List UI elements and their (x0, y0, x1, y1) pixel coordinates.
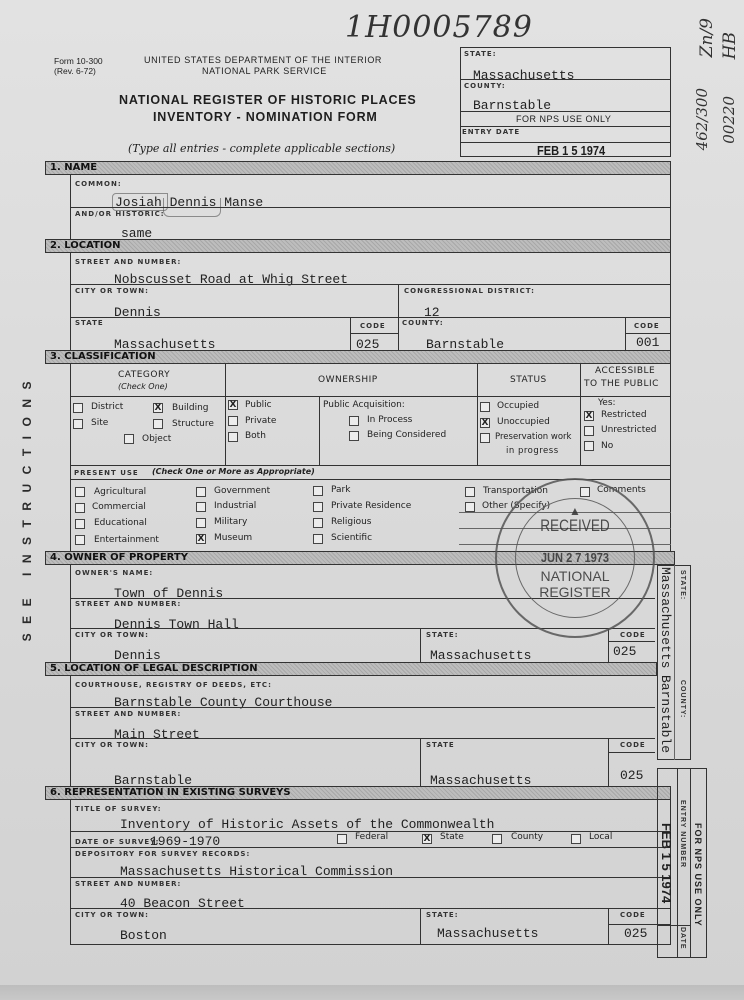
checkbox-state[interactable]: X (422, 834, 432, 844)
survey-city-label: CITY OR TOWN: (75, 911, 149, 919)
checkbox-both[interactable] (228, 432, 238, 442)
checkbox-government[interactable] (196, 487, 206, 497)
checkbox-restricted[interactable]: X (584, 411, 594, 421)
margin-note-1: HB (720, 32, 740, 59)
margin-note-3: 462/300 (693, 88, 711, 150)
present-use-sublabel: (Check One or More as Appropriate) (152, 467, 315, 476)
handwritten-circle-mark (112, 193, 168, 211)
nps-state-value: Massachusetts (473, 68, 574, 83)
stamp-received: RECEIVED (513, 516, 638, 536)
nps-county-label: COUNTY: (464, 82, 506, 90)
category-header: CATEGORY (118, 370, 170, 380)
label-religious: Religious (331, 517, 372, 527)
legal-code-label: CODE (620, 741, 646, 749)
label-unoccupied: Unoccupied (497, 417, 550, 427)
checkbox-transportation[interactable] (465, 487, 475, 497)
checkbox-county[interactable] (492, 834, 502, 844)
label-educational: Educational (94, 518, 147, 528)
owner-state-value: Massachusetts (430, 648, 531, 663)
sidebar-state-value: Massachusetts (658, 567, 673, 668)
section-6-header: 6. REPRESENTATION IN EXISTING SURVEYS (45, 786, 671, 800)
sidebar-state-label: STATE: (679, 570, 686, 600)
label-entertainment: Entertainment (94, 535, 159, 545)
label-district: District (91, 402, 123, 412)
margin-note-2: Zn/9 (697, 18, 717, 57)
owner-state-label: STATE: (426, 631, 459, 639)
location-state-label: STATE (75, 319, 104, 327)
checkbox-site[interactable] (73, 419, 83, 429)
form-title-line-1: NATIONAL REGISTER OF HISTORIC PLACES (119, 93, 417, 107)
owner-street-value: Dennis Town Hall (114, 617, 239, 632)
sidebar-entry-number-label: ENTRY NUMBER (679, 800, 686, 868)
legal-city-label: CITY OR TOWN: (75, 741, 149, 749)
label-government: Government (214, 486, 270, 496)
label-scientific: Scientific (331, 533, 372, 543)
survey-date-label: DATE OF SURVEY: (75, 838, 159, 846)
checkbox-park[interactable] (313, 486, 323, 496)
nps-entry-date-stamp: FEB 1 5 1974 (537, 143, 605, 158)
checkbox-federal[interactable] (337, 834, 347, 844)
checkbox-building[interactable]: X (153, 403, 163, 413)
sidebar-nps-use-label: FOR NPS USE ONLY (693, 823, 703, 927)
ownership-header: OWNERSHIP (318, 375, 378, 385)
accessible-yes-label: Yes: (598, 398, 616, 408)
sidebar-county-label: COUNTY: (679, 680, 686, 718)
accessible-header-2: TO THE PUBLIC (584, 379, 659, 389)
accessible-header-1: ACCESSIBLE (595, 366, 655, 376)
legal-code-value: 025 (620, 768, 643, 783)
see-instructions-sidebar: SEE INSTRUCTIONS (20, 372, 34, 641)
label-both: Both (245, 431, 266, 441)
stamp-date: JUN 2 7 1973 (509, 550, 642, 565)
status-header: STATUS (510, 375, 547, 385)
form-number: Form 10-300 (54, 56, 103, 66)
agency-line-1: UNITED STATES DEPARTMENT OF THE INTERIOR (144, 55, 382, 65)
survey-state-value: Massachusetts (437, 926, 538, 941)
location-county-code-label: CODE (634, 322, 660, 330)
label-federal: Federal (355, 832, 388, 842)
sidebar-county-value: Barnstable (658, 675, 673, 753)
handwritten-record-id: 1H0005789 (345, 10, 533, 45)
label-restricted: Restricted (601, 410, 647, 420)
label-public: Public (245, 400, 272, 410)
survey-title-label: TITLE OF SURVEY: (75, 805, 162, 813)
congressional-district-label: CONGRESSIONAL DISTRICT: (404, 287, 535, 295)
label-private: Private (245, 416, 276, 426)
label-no: No (601, 441, 613, 451)
checkbox-entertainment[interactable] (75, 535, 85, 545)
checkbox-private-residence[interactable] (313, 502, 323, 512)
label-commercial: Commercial (92, 502, 146, 512)
checkbox-local[interactable] (571, 834, 581, 844)
nps-state-label: STATE: (464, 50, 497, 58)
courthouse-label: COURTHOUSE, REGISTRY OF DEEDS, ETC: (75, 681, 272, 689)
label-county: County (511, 832, 543, 842)
checkbox-commercial[interactable] (75, 503, 85, 513)
checkbox-unrestricted[interactable] (584, 426, 594, 436)
owner-name-label: OWNER'S NAME: (75, 569, 153, 577)
checkbox-structure[interactable] (153, 419, 163, 429)
legal-state-label: STATE (426, 741, 455, 749)
label-museum: Museum (214, 533, 252, 543)
nps-use-only-label: FOR NPS USE ONLY (516, 114, 611, 124)
margin-note-4: 00220 (720, 96, 738, 144)
section-5-header: 5. LOCATION OF LEGAL DESCRIPTION (45, 662, 657, 676)
section-1-header: 1. NAME (45, 161, 671, 175)
type-instructions: (Type all entries - complete applicable … (128, 142, 395, 155)
label-being-considered: Being Considered (367, 430, 446, 440)
checkbox-industrial[interactable] (196, 502, 206, 512)
survey-code-label: CODE (620, 911, 646, 919)
label-industrial: Industrial (214, 501, 256, 511)
label-preservation-work: Preservation work (495, 432, 571, 442)
label-object: Object (142, 434, 171, 444)
owner-city-value: Dennis (114, 648, 161, 663)
agency-line-2: NATIONAL PARK SERVICE (202, 66, 327, 76)
checkbox-other[interactable] (465, 502, 475, 512)
stamp-national: NATIONAL (497, 568, 653, 584)
checkbox-occupied[interactable] (480, 402, 490, 412)
owner-city-label: CITY OR TOWN: (75, 631, 149, 639)
label-in-process: In Process (367, 415, 412, 425)
label-in-progress: in progress (506, 446, 559, 456)
label-occupied: Occupied (497, 401, 539, 411)
location-county-label: COUNTY: (402, 319, 444, 327)
location-state-code-label: CODE (360, 322, 386, 330)
depository-label: DEPOSITORY FOR SURVEY RECORDS: (75, 850, 250, 858)
label-private-residence: Private Residence (331, 501, 411, 511)
checkbox-preservation-work[interactable] (480, 433, 490, 443)
checkbox-district[interactable] (73, 403, 83, 413)
survey-title-value: Inventory of Historic Assets of the Comm… (120, 817, 494, 832)
label-state: State (440, 832, 464, 842)
common-name-label: COMMON: (75, 180, 122, 188)
page-bottom-edge (0, 985, 744, 1000)
owner-code-label: CODE (620, 631, 646, 639)
label-military: Military (214, 517, 247, 527)
owner-code-value: 025 (613, 644, 636, 659)
checkbox-object[interactable] (124, 434, 134, 444)
checkbox-military[interactable] (196, 518, 206, 528)
form-revision: (Rev. 6-72) (54, 66, 96, 76)
section-3-header: 3. CLASSIFICATION (45, 350, 671, 364)
label-site: Site (91, 418, 108, 428)
survey-code-value: 025 (624, 926, 647, 941)
checkbox-no[interactable] (584, 441, 594, 451)
public-acquisition-label: Public Acquisition: (323, 400, 405, 410)
checkbox-public[interactable]: X (228, 400, 238, 410)
survey-street-label: STREET AND NUMBER: (75, 880, 181, 888)
received-stamp: ▲ RECEIVED JUN 2 7 1973 NATIONAL REGISTE… (495, 478, 655, 638)
stamp-register: REGISTER (497, 584, 653, 600)
category-subheader: (Check One) (118, 382, 168, 391)
nps-entry-date-label: ENTRY DATE (462, 128, 520, 136)
present-use-label: PRESENT USE (74, 469, 139, 477)
owner-street-label: STREET AND NUMBER: (75, 600, 181, 608)
historic-name-label: AND/OR HISTORIC: (75, 210, 165, 218)
label-agricultural: Agricultural (94, 487, 146, 497)
location-street-label: STREET AND NUMBER: (75, 258, 181, 266)
legal-street-label: STREET AND NUMBER: (75, 710, 181, 718)
location-county-code-value: 001 (636, 335, 659, 350)
checkbox-in-process[interactable] (349, 416, 359, 426)
checkbox-agricultural[interactable] (75, 487, 85, 497)
form-title-line-2: INVENTORY - NOMINATION FORM (153, 110, 378, 124)
label-local: Local (589, 832, 612, 842)
survey-state-label: STATE: (426, 911, 459, 919)
location-city-label: CITY OR TOWN: (75, 287, 149, 295)
checkbox-educational[interactable] (75, 519, 85, 529)
checkbox-religious[interactable] (313, 518, 323, 528)
legal-street-value: Main Street (114, 727, 200, 742)
checkbox-scientific[interactable] (313, 534, 323, 544)
label-unrestricted: Unrestricted (601, 425, 656, 435)
checkbox-museum[interactable]: X (196, 534, 206, 544)
label-structure: Structure (172, 419, 214, 429)
sidebar-date-label: DATE (679, 927, 686, 950)
checkbox-being-considered[interactable] (349, 431, 359, 441)
sidebar-entry-date-stamp: FEB 1 5 1974 (659, 823, 674, 903)
label-park: Park (331, 485, 350, 495)
label-building: Building (172, 403, 209, 413)
section-2-header: 2. LOCATION (45, 239, 671, 253)
checkbox-private[interactable] (228, 416, 238, 426)
checkbox-unoccupied[interactable]: X (480, 418, 490, 428)
survey-city-value: Boston (120, 928, 167, 943)
